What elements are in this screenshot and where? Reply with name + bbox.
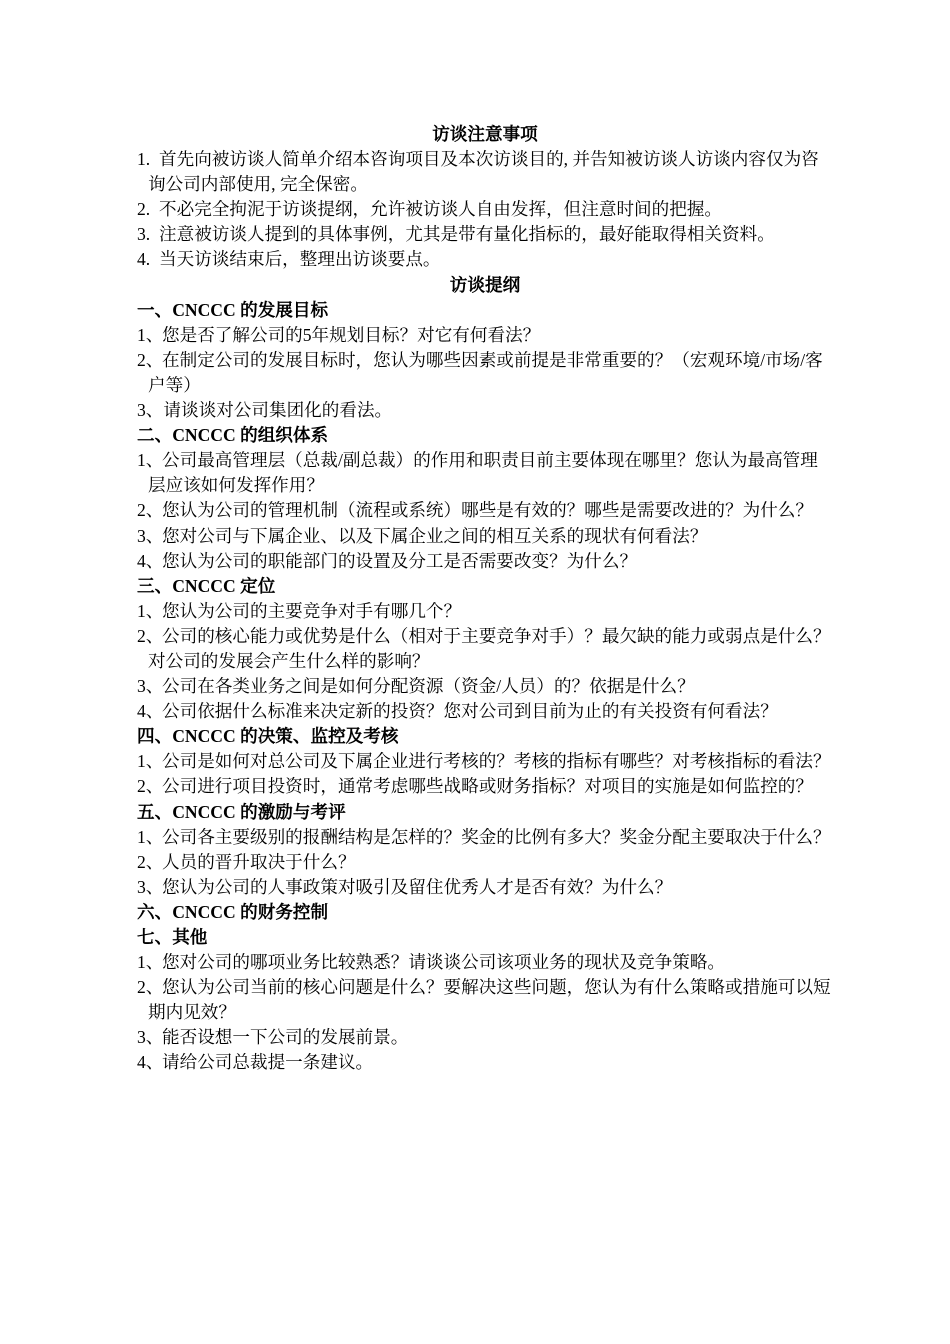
item-number: 2、 <box>137 348 162 373</box>
item-number: 4、 <box>137 1050 162 1075</box>
item-number: 2、 <box>137 850 162 875</box>
item-number: 3、 <box>137 1025 162 1050</box>
notes-item: 1.首先向被访谈人简单介绍本咨询项目及本次访谈目的, 并告知被访谈人访谈内容仅为… <box>148 147 833 197</box>
outline-item: 1、您认为公司的主要竞争对手有哪几个？ <box>148 599 833 624</box>
item-text: 您对公司与下属企业、以及下属企业之间的相互关系的现状有何看法？ <box>162 526 707 546</box>
item-text: 能否设想一下公司的发展前景。 <box>162 1027 408 1047</box>
item-number: 2、 <box>137 498 162 523</box>
item-text: 在制定公司的发展目标时，您认为哪些因素或前提是非常重要的？（宏观环境/市场/客户… <box>148 350 823 395</box>
item-number: 1、 <box>137 599 162 624</box>
item-text: 您认为公司的管理机制（流程或系统）哪些是有效的？哪些是需要改进的？为什么？ <box>162 500 813 520</box>
item-text: 公司在各类业务之间是如何分配资源（资金/人员）的？依据是什么？ <box>162 676 695 696</box>
item-number: 1、 <box>137 448 162 473</box>
item-text: 请给公司总裁提一条建议。 <box>162 1052 373 1072</box>
item-number: 1、 <box>137 749 162 774</box>
item-number: 2、 <box>137 624 162 649</box>
item-text: 您认为公司当前的核心问题是什么？要解决这些问题，您认为有什么策略或措施可以短期内… <box>148 977 831 1022</box>
outline-item: 1、公司是如何对总公司及下属企业进行考核的？考核的指标有哪些？对考核指标的看法？ <box>148 749 833 774</box>
notes-title: 访谈注意事项 <box>137 122 833 147</box>
notes-item: 4.当天访谈结束后，整理出访谈要点。 <box>148 247 833 272</box>
item-text: 人员的晋升取决于什么？ <box>162 852 356 872</box>
section-heading-3: 三、CNCCC 定位 <box>137 574 833 599</box>
item-text: 当天访谈结束后，整理出访谈要点。 <box>159 249 441 269</box>
outline-item: 1、公司各主要级别的报酬结构是怎样的？奖金的比例有多大？奖金分配主要取决于什么？ <box>148 825 833 850</box>
outline-item: 2、在制定公司的发展目标时，您认为哪些因素或前提是非常重要的？（宏观环境/市场/… <box>148 348 833 398</box>
outline-item: 2、公司进行项目投资时，通常考虑哪些战略或财务指标？对项目的实施是如何监控的？ <box>148 774 833 799</box>
item-text: 您认为公司的主要竞争对手有哪几个？ <box>162 601 461 621</box>
item-text: 公司进行项目投资时，通常考虑哪些战略或财务指标？对项目的实施是如何监控的？ <box>162 776 813 796</box>
outline-item: 3、请谈谈对公司集团化的看法。 <box>148 398 833 423</box>
outline-item: 2、人员的晋升取决于什么？ <box>148 850 833 875</box>
outline-item: 4、您认为公司的职能部门的设置及分工是否需要改变？为什么？ <box>148 549 833 574</box>
outline-item: 2、公司的核心能力或优势是什么（相对于主要竞争对手）？最欠缺的能力或弱点是什么？… <box>148 624 833 674</box>
item-number: 1. <box>137 147 159 172</box>
notes-item: 3.注意被访谈人提到的具体事例，尤其是带有量化指标的，最好能取得相关资料。 <box>148 222 833 247</box>
item-number: 1、 <box>137 323 162 348</box>
item-text: 您认为公司的人事政策对吸引及留住优秀人才是否有效？为什么？ <box>162 877 672 897</box>
outline-item: 2、您认为公司的管理机制（流程或系统）哪些是有效的？哪些是需要改进的？为什么？ <box>148 498 833 523</box>
outline-title: 访谈提纲 <box>137 273 833 298</box>
outline-item: 3、能否设想一下公司的发展前景。 <box>148 1025 833 1050</box>
item-text: 公司的核心能力或优势是什么（相对于主要竞争对手）？最欠缺的能力或弱点是什么？对公… <box>148 626 831 671</box>
outline-item: 3、公司在各类业务之间是如何分配资源（资金/人员）的？依据是什么？ <box>148 674 833 699</box>
section-heading-2: 二、CNCCC 的组织体系 <box>137 423 833 448</box>
item-number: 4、 <box>137 699 162 724</box>
document-page: 访谈注意事项 1.首先向被访谈人简单介绍本咨询项目及本次访谈目的, 并告知被访谈… <box>0 0 950 1344</box>
item-number: 1、 <box>137 825 162 850</box>
item-number: 3、 <box>137 524 162 549</box>
item-number: 4、 <box>137 549 162 574</box>
outline-item: 4、公司依据什么标准来决定新的投资？您对公司到目前为止的有关投资有何看法？ <box>148 699 833 724</box>
item-text: 不必完全拘泥于访谈提纲，允许被访谈人自由发挥，但注意时间的把握。 <box>159 199 722 219</box>
outline-item: 1、公司最高管理层（总裁/副总裁）的作用和职责目前主要体现在哪里？您认为最高管理… <box>148 448 833 498</box>
item-text: 您是否了解公司的5年规划目标？对它有何看法？ <box>162 325 540 345</box>
outline-item: 4、请给公司总裁提一条建议。 <box>148 1050 833 1075</box>
section-heading-6: 六、CNCCC 的财务控制 <box>137 900 833 925</box>
outline-item: 1、您是否了解公司的5年规划目标？对它有何看法？ <box>148 323 833 348</box>
item-number: 1、 <box>137 950 162 975</box>
section-heading-5: 五、CNCCC 的激励与考评 <box>137 800 833 825</box>
outline-item: 2、您认为公司当前的核心问题是什么？要解决这些问题，您认为有什么策略或措施可以短… <box>148 975 833 1025</box>
section-heading-1: 一、CNCCC 的发展目标 <box>137 298 833 323</box>
item-number: 3、 <box>137 398 163 423</box>
outline-item: 3、您对公司与下属企业、以及下属企业之间的相互关系的现状有何看法？ <box>148 524 833 549</box>
item-text: 您认为公司的职能部门的设置及分工是否需要改变？为什么？ <box>162 551 637 571</box>
item-number: 3. <box>137 222 159 247</box>
outline-item: 3、您认为公司的人事政策对吸引及留住优秀人才是否有效？为什么？ <box>148 875 833 900</box>
section-heading-4: 四、CNCCC 的决策、监控及考核 <box>137 724 833 749</box>
item-number: 4. <box>137 247 159 272</box>
item-text: 公司是如何对总公司及下属企业进行考核的？考核的指标有哪些？对考核指标的看法？ <box>162 751 831 771</box>
notes-item: 2.不必完全拘泥于访谈提纲，允许被访谈人自由发挥，但注意时间的把握。 <box>148 197 833 222</box>
item-text: 您对公司的哪项业务比较熟悉？请谈谈公司该项业务的现状及竞争策略。 <box>162 952 725 972</box>
item-number: 2、 <box>137 975 162 1000</box>
item-text: 公司各主要级别的报酬结构是怎样的？奖金的比例有多大？奖金分配主要取决于什么？ <box>162 827 831 847</box>
item-number: 3、 <box>137 674 162 699</box>
item-number: 3、 <box>137 875 162 900</box>
section-heading-7: 七、其他 <box>137 925 833 950</box>
item-number: 2. <box>137 197 159 222</box>
document-content: 访谈注意事项 1.首先向被访谈人简单介绍本咨询项目及本次访谈目的, 并告知被访谈… <box>137 122 833 1076</box>
item-text: 公司最高管理层（总裁/副总裁）的作用和职责目前主要体现在哪里？您认为最高管理层应… <box>148 450 818 495</box>
item-text: 首先向被访谈人简单介绍本咨询项目及本次访谈目的, 并告知被访谈人访谈内容仅为咨询… <box>148 149 819 194</box>
item-text: 注意被访谈人提到的具体事例，尤其是带有量化指标的，最好能取得相关资料。 <box>159 224 775 244</box>
item-number: 2、 <box>137 774 162 799</box>
item-text: 请谈谈对公司集团化的看法。 <box>163 400 392 420</box>
item-text: 公司依据什么标准来决定新的投资？您对公司到目前为止的有关投资有何看法？ <box>162 701 778 721</box>
outline-item: 1、您对公司的哪项业务比较熟悉？请谈谈公司该项业务的现状及竞争策略。 <box>148 950 833 975</box>
